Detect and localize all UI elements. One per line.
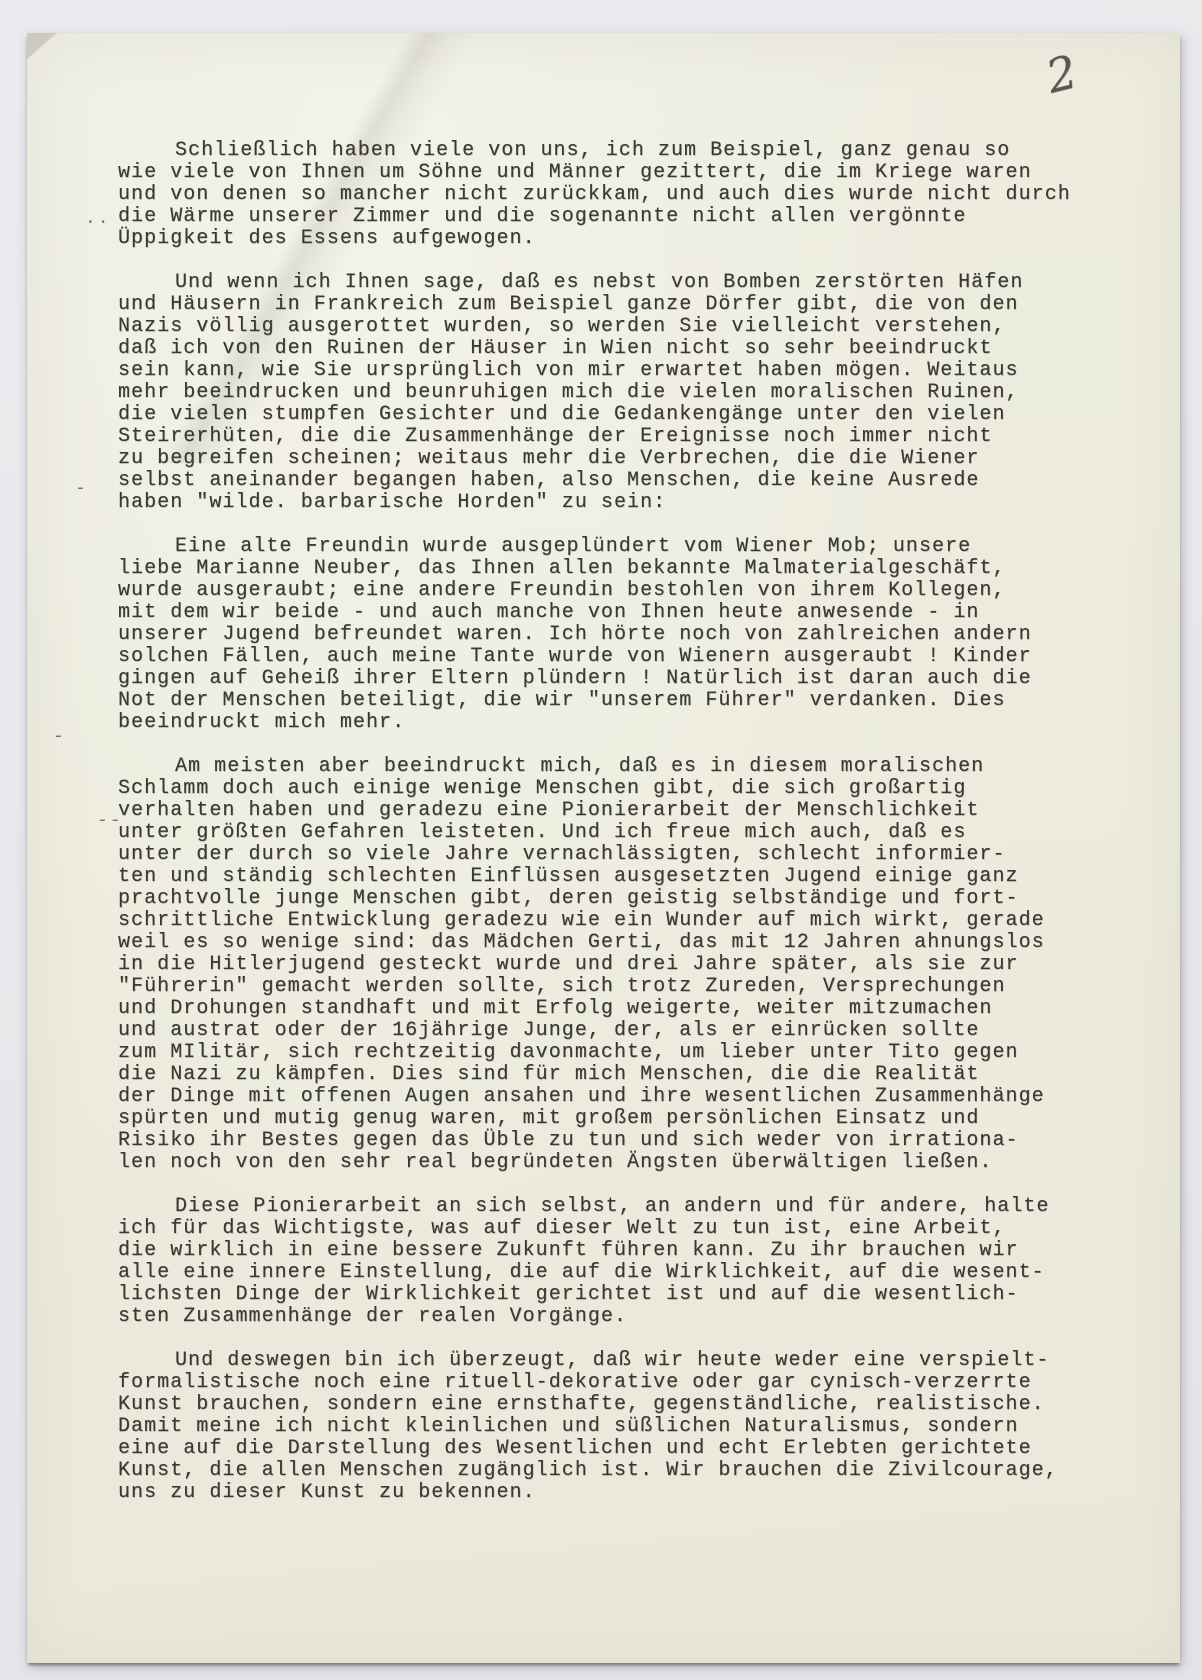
- paragraph-5: Diese Pionierarbeit an sich selbst, an a…: [118, 1196, 1140, 1328]
- document-page: 2 Schließlich haben viele von uns, ich z…: [27, 33, 1180, 1663]
- scanner-background: 2 Schließlich haben viele von uns, ich z…: [0, 0, 1202, 1680]
- paragraph-4: Am meisten aber beeindruckt mich, daß es…: [118, 756, 1140, 1174]
- stray-mark-1: ··: [85, 213, 111, 233]
- stray-mark-2: -: [75, 479, 88, 499]
- paragraph-6: Und deswegen bin ich überzeugt, daß wir …: [118, 1350, 1140, 1504]
- handwritten-page-number: 2: [1041, 44, 1082, 103]
- paragraph-2: Und wenn ich Ihnen sage, daß es nebst vo…: [118, 272, 1140, 514]
- paragraph-3: Eine alte Freundin wurde ausgeplündert v…: [118, 536, 1140, 734]
- corner-fold: [27, 33, 57, 59]
- document-body: Schließlich haben viele von uns, ich zum…: [118, 140, 1140, 1504]
- stray-mark-4: --: [97, 811, 123, 831]
- stray-mark-3: -: [53, 727, 66, 747]
- paragraph-1: Schließlich haben viele von uns, ich zum…: [118, 140, 1140, 250]
